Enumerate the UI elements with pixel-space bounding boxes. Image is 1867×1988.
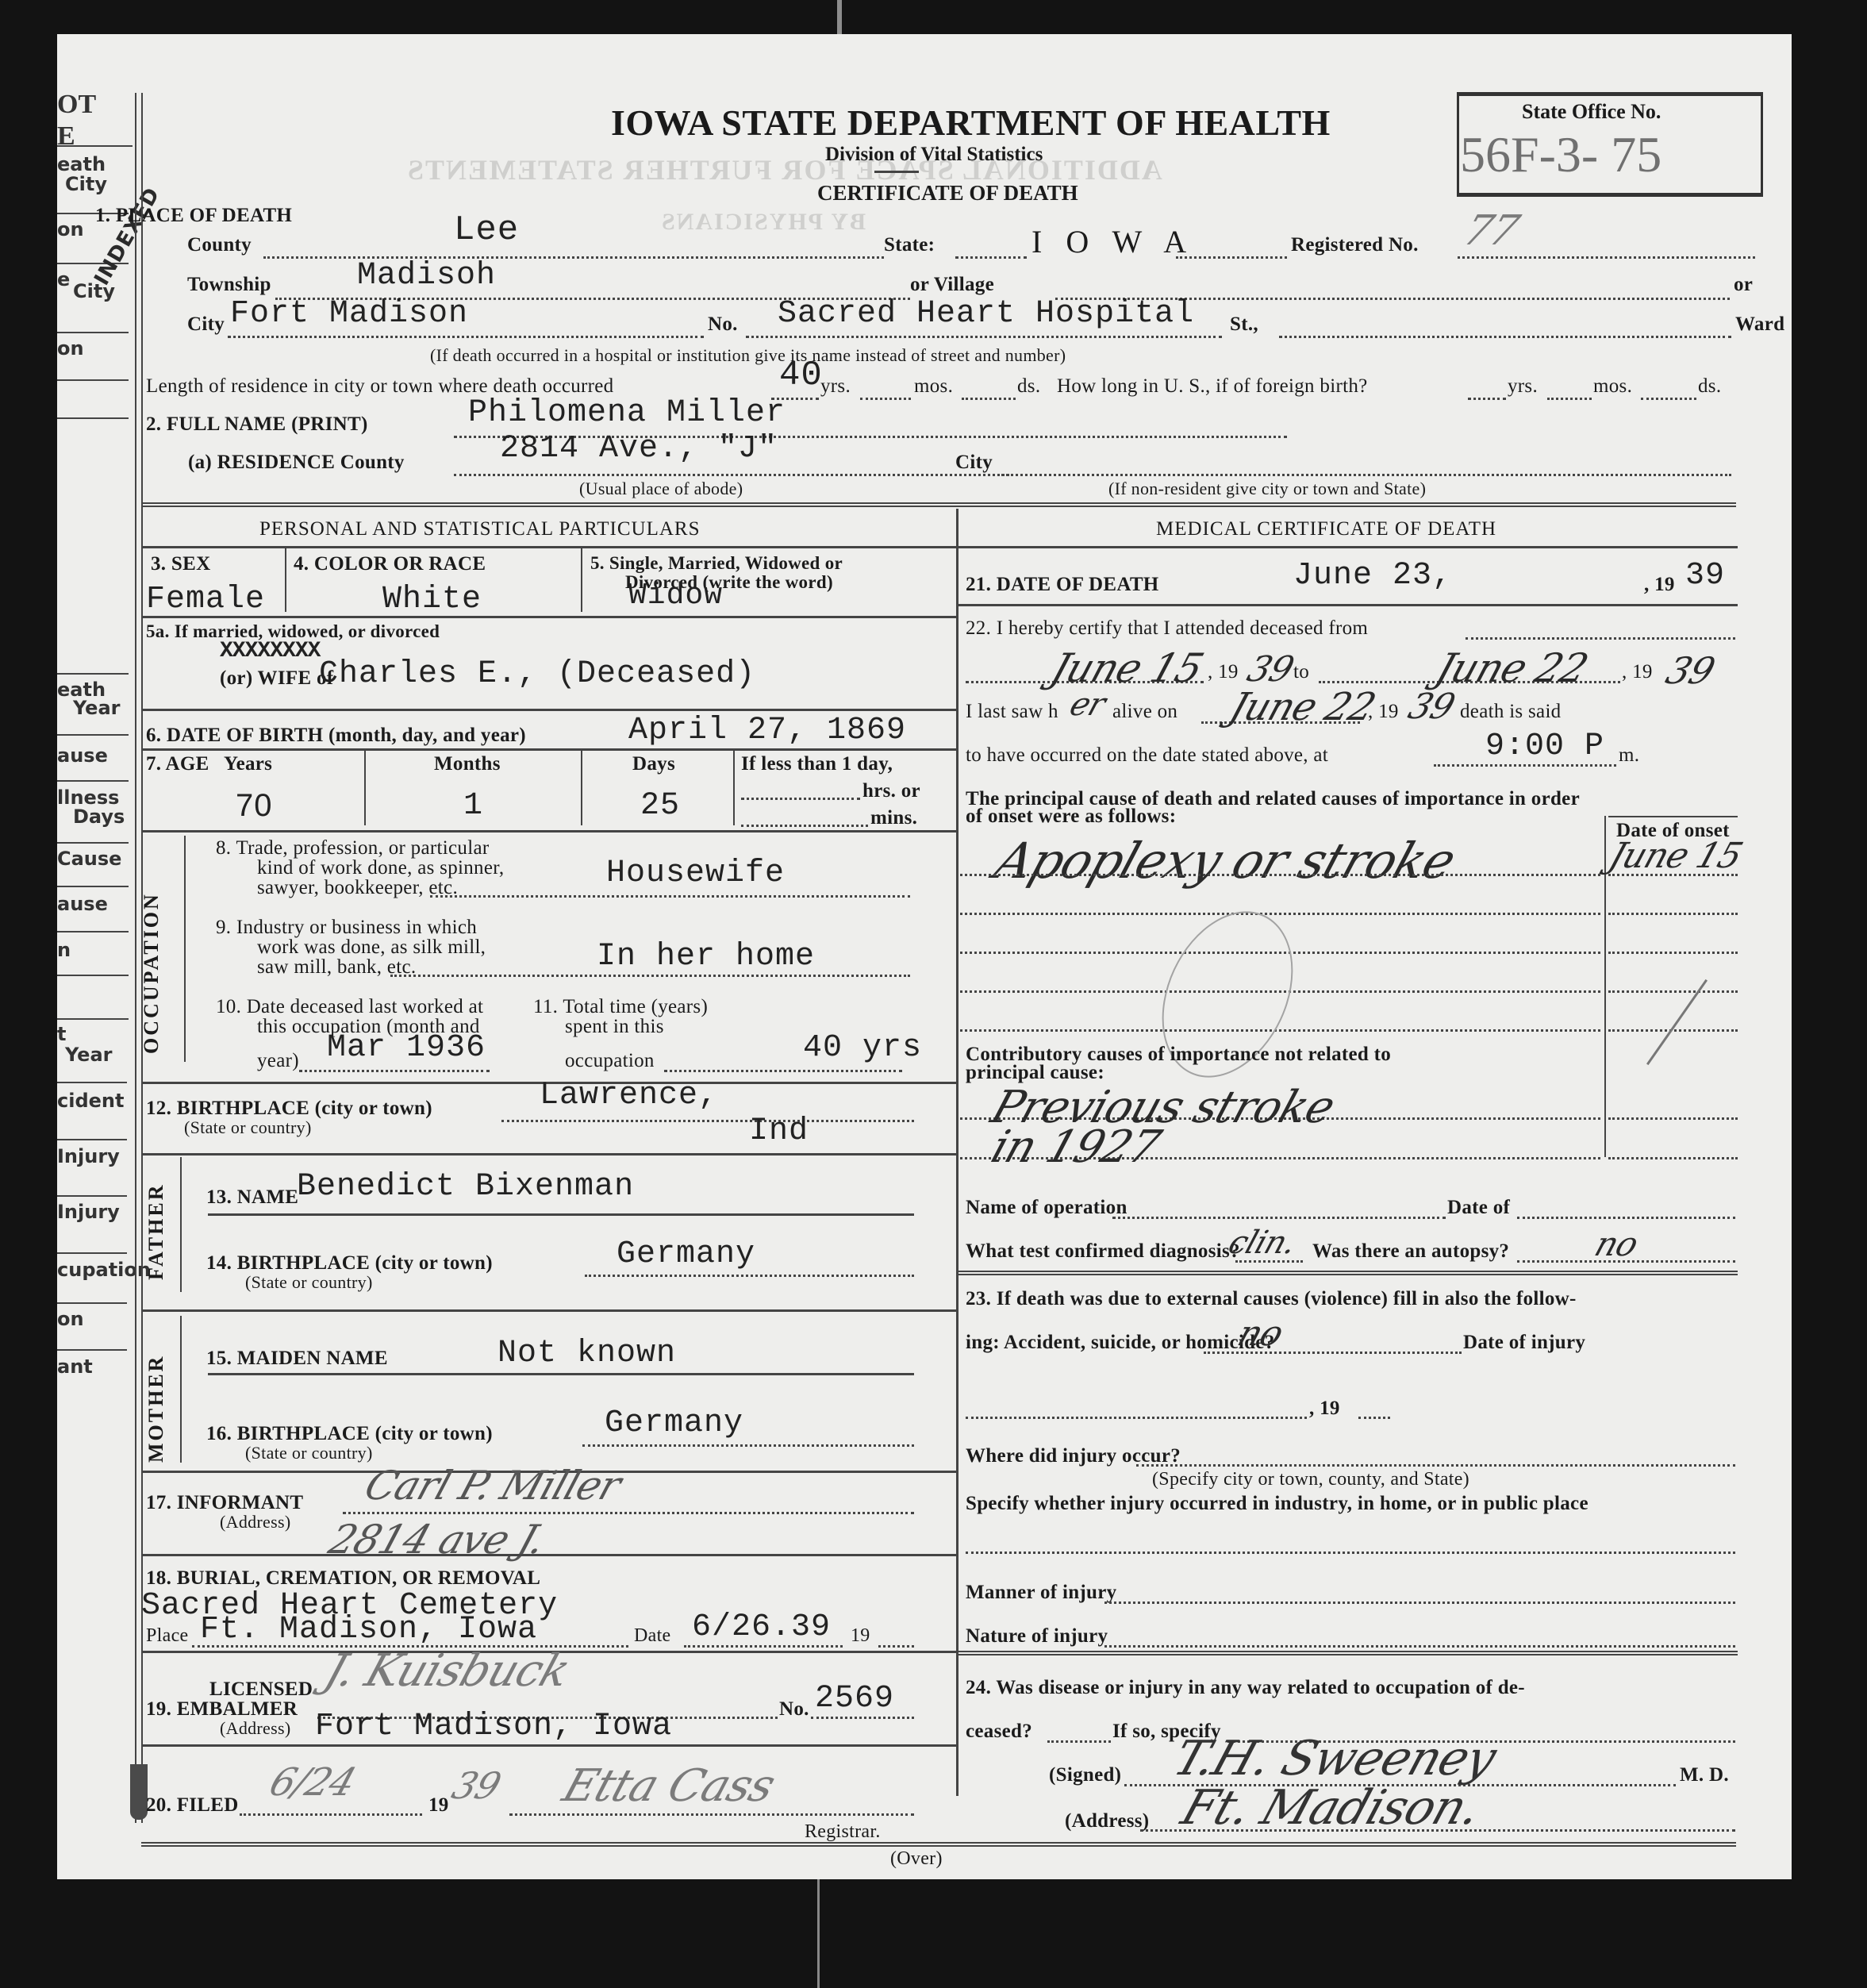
dob-value[interactable]: April 27, 1869 <box>628 713 906 748</box>
total-time-value[interactable]: 40 yrs <box>803 1030 922 1066</box>
film-scratch <box>817 1879 820 1988</box>
margin-divider <box>57 673 129 675</box>
margin-label: E <box>57 121 75 152</box>
residence-value[interactable]: 2814 Ave., "J" <box>500 431 778 467</box>
embalmer-no-label: No. <box>779 1698 809 1721</box>
state-line <box>955 256 1027 259</box>
date-of-death-year[interactable]: 39 <box>1685 558 1725 594</box>
margin-divider <box>57 1018 129 1020</box>
margin-divider <box>57 1082 127 1083</box>
father-name-line <box>208 1213 914 1216</box>
occupation-related-line <box>1047 1740 1111 1743</box>
us-mos-line <box>1547 398 1592 400</box>
last-saw-year[interactable]: 39 <box>1404 686 1460 727</box>
row-rule <box>141 748 956 751</box>
margin-label: Cause <box>57 848 121 870</box>
residence-line <box>454 474 1009 476</box>
manner-line <box>1104 1602 1735 1604</box>
certificate-paper: ADDITIONAL SPACE FOR FURTHER STATEMENTS … <box>57 34 1792 1879</box>
margin-label: ause <box>57 744 108 767</box>
st-label: St., <box>1230 313 1258 336</box>
city-line <box>228 336 704 338</box>
margin-divider <box>57 734 129 736</box>
trade-value[interactable]: Housewife <box>606 856 785 891</box>
row-rule <box>141 616 956 618</box>
mother-side-divider <box>180 1316 182 1463</box>
total-time-line <box>664 1070 902 1072</box>
attended-to-year-label: , 19 <box>1622 661 1653 683</box>
section-divider <box>141 502 1736 507</box>
residence-length-label: Length of residence in city or town wher… <box>146 375 613 398</box>
filed-year-value[interactable]: 39 <box>447 1764 505 1807</box>
marital-value[interactable]: Widow <box>628 579 723 613</box>
bleed-through-text: BY PHYSICIANS <box>660 209 866 236</box>
burial-date-line <box>684 1645 843 1648</box>
operation-line <box>1112 1217 1446 1219</box>
occupation-related-label-1: 24. Was disease or injury in any way rel… <box>966 1677 1525 1699</box>
mother-side-label: MOTHER <box>144 1355 168 1463</box>
where-line <box>1136 1464 1735 1467</box>
mother-birthplace-sublabel: (State or country) <box>245 1443 373 1463</box>
autopsy-label: Was there an autopsy? <box>1312 1240 1509 1263</box>
physician-address-value[interactable]: Ft. Madison. <box>1175 1780 1488 1836</box>
occupation-side-divider <box>184 836 186 1062</box>
margin-divider <box>57 1195 127 1197</box>
cell-divider <box>733 750 735 825</box>
mins-line <box>741 825 868 827</box>
last-worked-label-1: 10. Date deceased last worked at <box>216 996 483 1018</box>
margin-divider <box>57 417 129 419</box>
row-rule <box>956 1271 1738 1275</box>
trade-label-3: sawyer, bookkeeper, etc. <box>257 877 458 899</box>
father-name-value[interactable]: Benedict Bixenman <box>297 1169 634 1205</box>
filed-date-line <box>240 1813 422 1816</box>
industry-value[interactable]: In her home <box>597 939 815 975</box>
trade-label-1: 8. Trade, profession, or particular <box>216 837 489 859</box>
date-of-death-year-label: , 19 <box>1644 574 1675 596</box>
column-divider <box>956 509 958 1796</box>
or-label: or <box>1734 274 1753 296</box>
ds-label: ds. <box>1017 375 1040 398</box>
nature-line <box>1104 1645 1735 1648</box>
onset-header-rule <box>1608 816 1738 817</box>
margin-label: t <box>57 1023 66 1045</box>
division-title: Division of Vital Statistics <box>825 144 1043 166</box>
margin-divider <box>57 975 129 976</box>
manner-label: Manner of injury <box>966 1582 1116 1604</box>
margin-label: Year <box>65 1044 112 1066</box>
wife-of-label: (or) WIFE of <box>220 667 333 690</box>
us-yrs-line <box>1468 398 1506 400</box>
external-label-1: 23. If death was due to external causes … <box>966 1288 1577 1310</box>
birthplace-sublabel: (State or country) <box>184 1117 312 1138</box>
full-name-label: 2. FULL NAME (PRINT) <box>146 413 368 436</box>
residence-city-line <box>997 474 1731 476</box>
informant-label: 17. INFORMANT <box>146 1492 303 1514</box>
father-birthplace-line <box>585 1275 914 1277</box>
margin-label: e <box>57 268 70 290</box>
margin-label: ant <box>57 1355 93 1378</box>
onset-line <box>1608 1157 1738 1159</box>
row-rule <box>141 1309 956 1312</box>
operation-date-label: Date of <box>1447 1197 1510 1219</box>
embalmer-label: 19. EMBALMER <box>146 1698 298 1721</box>
autopsy-value[interactable]: no <box>1590 1225 1642 1263</box>
onset-line <box>1608 952 1738 954</box>
attended-from-value[interactable]: June 15 <box>1046 645 1208 691</box>
margin-label: Injury <box>57 1145 120 1167</box>
informant-address-label: (Address) <box>220 1512 290 1532</box>
father-birthplace-sublabel: (State or country) <box>245 1272 373 1293</box>
section-rule <box>956 546 1738 548</box>
injury-date-line <box>966 1417 1307 1419</box>
signed-label: (Signed) <box>1049 1764 1121 1786</box>
medical-section-title: MEDICAL CERTIFICATE OF DEATH <box>1156 518 1496 540</box>
m-label: m. <box>1619 744 1639 767</box>
sex-label: 3. SEX <box>151 553 210 575</box>
abode-note: (Usual place of abode) <box>579 479 743 499</box>
margin-divider <box>57 1252 127 1254</box>
attended-to-year[interactable]: 39 <box>1661 649 1719 692</box>
operation-label: Name of operation <box>966 1197 1127 1219</box>
hrs-line <box>741 798 860 800</box>
margin-divider <box>57 842 129 844</box>
onset-line <box>1608 874 1738 876</box>
principal-cause-value[interactable]: Apoplexy or stroke <box>988 832 1462 890</box>
father-side-divider <box>180 1157 182 1292</box>
ward-line <box>1279 336 1731 338</box>
agency-title: IOWA STATE DEPARTMENT OF HEALTH <box>611 102 1331 144</box>
last-worked-label-3: year) <box>257 1050 299 1072</box>
md-label: M. D. <box>1680 1764 1729 1786</box>
father-name-label: 13. NAME <box>206 1186 298 1209</box>
margin-label: cident <box>57 1090 124 1112</box>
occupation-side-label: OCCUPATION <box>140 892 163 1054</box>
embalmer-address-label: (Address) <box>220 1718 290 1739</box>
margin-label: Year <box>73 697 120 719</box>
form-title: CERTIFICATE OF DEATH <box>817 181 1078 206</box>
race-value[interactable]: White <box>382 582 482 617</box>
residence-county-label: (a) RESIDENCE County <box>188 452 405 474</box>
margin-label: on <box>57 1308 84 1330</box>
margin-divider <box>57 886 129 887</box>
residence-city-label: City <box>955 452 993 474</box>
margin-label: n <box>57 939 71 961</box>
age-days-label: Days <box>632 753 675 775</box>
external-label-2: ing: Accident, suicide, or homicide? <box>966 1332 1275 1354</box>
operation-date-line <box>1517 1217 1735 1219</box>
county-value[interactable]: Lee <box>454 210 519 250</box>
us-ds-line <box>1641 398 1696 400</box>
maiden-name-value[interactable]: Not known <box>497 1336 676 1371</box>
street-no-label: No. <box>708 313 738 336</box>
margin-label: Days <box>73 806 125 828</box>
occupation-related-label-2: ceased? <box>966 1721 1032 1743</box>
margin-label: cupation <box>57 1259 151 1281</box>
hrs-label: hrs. or <box>862 780 920 802</box>
state-office-label: State Office No. <box>1522 100 1661 124</box>
registered-no-line <box>1458 256 1755 259</box>
place-label: Place <box>146 1625 188 1647</box>
margin-divider <box>57 1302 127 1304</box>
external-value[interactable]: no <box>1233 1313 1288 1354</box>
attended-label: 22. I hereby certify that I attended dec… <box>966 617 1368 640</box>
registrar-line <box>509 1813 914 1816</box>
burial-label: 18. BURIAL, CREMATION, OR REMOVAL <box>146 1567 540 1590</box>
total-time-label-2: spent in this <box>565 1016 664 1038</box>
state-line-tail <box>1176 256 1287 259</box>
occurred-label: to have occurred on the date stated abov… <box>966 744 1328 767</box>
us-mos-label: mos. <box>1593 375 1632 398</box>
row-rule <box>956 1651 1738 1655</box>
informant-name-value[interactable]: Carl P. Miller <box>359 1463 627 1509</box>
over-label: (Over) <box>890 1848 943 1870</box>
last-saw-date[interactable]: June 22 <box>1224 685 1381 729</box>
city-value[interactable]: Fort Madison <box>230 296 468 332</box>
us-yrs-label: yrs. <box>1508 375 1538 398</box>
time-value[interactable]: 9:00 P <box>1485 729 1604 764</box>
nature-label: Nature of injury <box>966 1625 1108 1648</box>
form-border-left <box>135 93 136 1823</box>
trade-label-2: kind of work done, as spinner, <box>257 857 504 879</box>
injury-year-line <box>1358 1417 1390 1419</box>
total-time-label-1: 11. Total time (years) <box>533 996 708 1018</box>
father-birthplace-value[interactable]: Germany <box>617 1236 755 1272</box>
state-label: State: <box>884 234 935 256</box>
contributory-label-2: principal cause: <box>966 1062 1104 1084</box>
title-rule <box>874 171 919 173</box>
state-value[interactable]: I O W A <box>1031 223 1194 260</box>
registered-no-label: Registered No. <box>1291 234 1419 256</box>
full-name-value[interactable]: Philomena Miller <box>468 395 786 431</box>
nonresident-note: (If non-resident give city or town and S… <box>1108 479 1426 499</box>
age-years-label: Years <box>224 753 272 775</box>
street-line <box>746 336 1222 338</box>
yrs-label: yrs. <box>820 375 851 398</box>
maiden-name-label: 15. MAIDEN NAME <box>206 1348 388 1370</box>
place-of-death-label: 1. PLACE OF DEATH <box>95 205 292 227</box>
residence-years-value[interactable]: 40 <box>779 356 823 395</box>
cause-line <box>956 913 1600 915</box>
county-label: County <box>187 234 252 256</box>
margin-label: City <box>65 173 107 195</box>
margin-divider <box>57 931 129 932</box>
margin-label: OT <box>57 90 96 120</box>
state-office-number: 56F-3- 75 <box>1460 125 1661 184</box>
age-days-value[interactable]: 25 <box>640 788 680 824</box>
embalmer-address-value[interactable]: Fort Madison, Iowa <box>315 1709 672 1744</box>
embalmer-signature[interactable]: J. Kuisbuck <box>318 1645 575 1697</box>
margin-label: eath <box>57 153 106 175</box>
ward-label: Ward <box>1735 313 1784 336</box>
last-saw-label: I last saw h <box>966 701 1058 723</box>
onset-date-value[interactable]: June 15 <box>1604 836 1747 876</box>
foreign-birth-label: How long in U. S., if of foreign birth? <box>1057 375 1368 398</box>
margin-label: on <box>57 337 84 360</box>
race-label: 4. COLOR OR RACE <box>294 553 486 575</box>
age-label: 7. AGE <box>146 753 209 775</box>
attended-line <box>1466 637 1735 640</box>
onset-line <box>1608 990 1738 993</box>
trade-line <box>430 895 910 898</box>
bottom-rule <box>141 1842 1736 1847</box>
last-worked-line <box>299 1070 490 1072</box>
margin-divider <box>57 332 129 333</box>
margin-label: ause <box>57 893 108 915</box>
age-months-value[interactable]: 1 <box>463 788 483 824</box>
marital-label-1: 5. Single, Married, Widowed or <box>590 553 843 574</box>
to-label: to <box>1293 661 1309 683</box>
burial-year-label: 19 <box>851 1625 870 1647</box>
burial-place-value[interactable]: Ft. Madison, Iowa <box>200 1612 537 1648</box>
industry-label-1: 9. Industry or business in which <box>216 917 477 939</box>
father-birthplace-label: 14. BIRTHPLACE (city or town) <box>206 1252 493 1275</box>
physician-address-label: (Address) <box>1065 1810 1149 1832</box>
age-months-label: Months <box>434 753 501 775</box>
spouse-value[interactable]: Charles E., (Deceased) <box>319 656 755 692</box>
attended-from-year-label: , 19 <box>1208 661 1239 683</box>
licensed-label: LICENSED <box>209 1678 313 1701</box>
husband-struck: XXXXXXXX <box>220 639 320 663</box>
margin-label: Injury <box>57 1201 120 1223</box>
village-label: or Village <box>910 274 994 296</box>
embalmer-license-no[interactable]: 2569 <box>815 1681 894 1717</box>
less-than-day-label: If less than 1 day, <box>741 753 893 775</box>
cause-line <box>956 1029 1600 1032</box>
cell-divider <box>581 548 582 612</box>
last-saw-year-label: , 19 <box>1368 701 1399 723</box>
onset-line <box>1608 1117 1738 1120</box>
cell-divider <box>285 548 286 612</box>
personal-section-title: PERSONAL AND STATISTICAL PARTICULARS <box>259 518 700 540</box>
date-of-death-label: 21. DATE OF DEATH <box>966 574 1159 596</box>
mother-birthplace-label: 16. BIRTHPLACE (city or town) <box>206 1423 493 1445</box>
filed-date-value[interactable]: 6/24 <box>264 1760 361 1805</box>
time-line <box>1434 764 1616 767</box>
last-worked-value[interactable]: Mar 1936 <box>327 1030 486 1066</box>
us-ds-label: ds. <box>1698 375 1721 398</box>
principal-cause-label-2: of onset were as follows: <box>966 806 1176 828</box>
specify-line <box>966 1552 1735 1554</box>
birthplace-city-value[interactable]: Lawrence, <box>540 1078 718 1113</box>
township-label: Township <box>187 274 271 296</box>
alive-on-label: alive on <box>1112 701 1177 723</box>
street-value[interactable]: Sacred Heart Hospital <box>778 296 1194 332</box>
dob-label: 6. DATE OF BIRTH (month, day, and year) <box>146 725 526 747</box>
date-of-death-value[interactable]: June 23, <box>1293 558 1452 594</box>
specify-label: Specify whether injury occurred in indus… <box>966 1493 1588 1515</box>
industry-line <box>390 975 910 977</box>
industry-label-2: work was done, as silk mill, <box>257 936 486 959</box>
mother-birthplace-value[interactable]: Germany <box>605 1405 743 1441</box>
where-note: (Specify city or town, county, and State… <box>1152 1469 1469 1490</box>
registrar-signature[interactable]: Etta Cass <box>556 1760 781 1812</box>
cause-line <box>956 874 1600 876</box>
embossed-seal <box>1137 890 1319 1099</box>
burial-year-line <box>878 1645 914 1648</box>
township-value[interactable]: Madisoh <box>357 258 496 294</box>
test-label: What test confirmed diagnosis? <box>966 1240 1240 1263</box>
mins-label: mins. <box>870 807 917 829</box>
physician-signature[interactable]: T.H. Sweeney <box>1167 1731 1503 1786</box>
city-label: City <box>187 313 225 336</box>
row-rule <box>956 604 1738 606</box>
last-saw-pronoun[interactable]: er <box>1066 686 1110 723</box>
margin-label: on <box>57 218 84 240</box>
total-time-label-3: occupation <box>565 1050 655 1072</box>
filed-label: 20. FILED <box>146 1794 239 1817</box>
margin-divider <box>57 379 129 381</box>
death-said-label: death is said <box>1460 701 1561 723</box>
margin-divider <box>57 145 133 147</box>
injury-year-label: , 19 <box>1309 1398 1340 1420</box>
injury-date-label: Date of injury <box>1463 1332 1585 1354</box>
father-side-label: FATHER <box>144 1183 168 1280</box>
embalmer-no-line <box>811 1717 914 1719</box>
row-rule <box>141 1554 956 1556</box>
onset-column-divider <box>1604 816 1606 1157</box>
margin-divider <box>57 1349 127 1351</box>
informant-line <box>343 1512 914 1514</box>
row-rule <box>141 709 956 711</box>
indexed-stamp: INDEXED <box>90 183 165 290</box>
mos-line <box>860 398 911 400</box>
registered-no-value[interactable]: 77 <box>1458 207 1524 255</box>
margin-divider <box>57 1139 127 1140</box>
birthplace-label: 12. BIRTHPLACE (city or town) <box>146 1098 432 1120</box>
filed-year-label: 19 <box>428 1794 449 1817</box>
maiden-name-line <box>208 1373 914 1375</box>
row-rule <box>141 1153 956 1156</box>
mother-birthplace-line <box>582 1444 914 1447</box>
test-value[interactable]: clin. <box>1224 1225 1300 1261</box>
birthplace-state-value[interactable]: Ind <box>749 1113 809 1149</box>
cell-divider <box>581 750 582 825</box>
burial-date-label: Date <box>634 1625 671 1647</box>
film-scratch <box>837 0 842 34</box>
registrar-label: Registrar. <box>805 1821 881 1843</box>
ink-smudge <box>130 1764 148 1820</box>
section-rule <box>141 546 956 548</box>
cell-divider <box>364 750 366 825</box>
attended-to-value[interactable]: June 22 <box>1431 645 1593 691</box>
ds-line <box>962 398 1016 400</box>
contributory-cause-2[interactable]: in 1927 <box>985 1121 1166 1173</box>
age-years-value[interactable]: 70 <box>236 788 273 824</box>
row-rule <box>141 1744 956 1747</box>
sex-value[interactable]: Female <box>146 582 265 617</box>
attended-from-year[interactable]: 39 <box>1243 649 1299 690</box>
margin-divider <box>57 780 129 782</box>
row-rule <box>141 830 956 832</box>
mos-label: mos. <box>914 375 953 398</box>
hospital-note: (If death occurred in a hospital or inst… <box>430 345 1066 366</box>
birthplace-line <box>501 1120 914 1122</box>
burial-date-value[interactable]: 6/26.39 <box>692 1609 831 1645</box>
onset-line <box>1608 913 1738 915</box>
